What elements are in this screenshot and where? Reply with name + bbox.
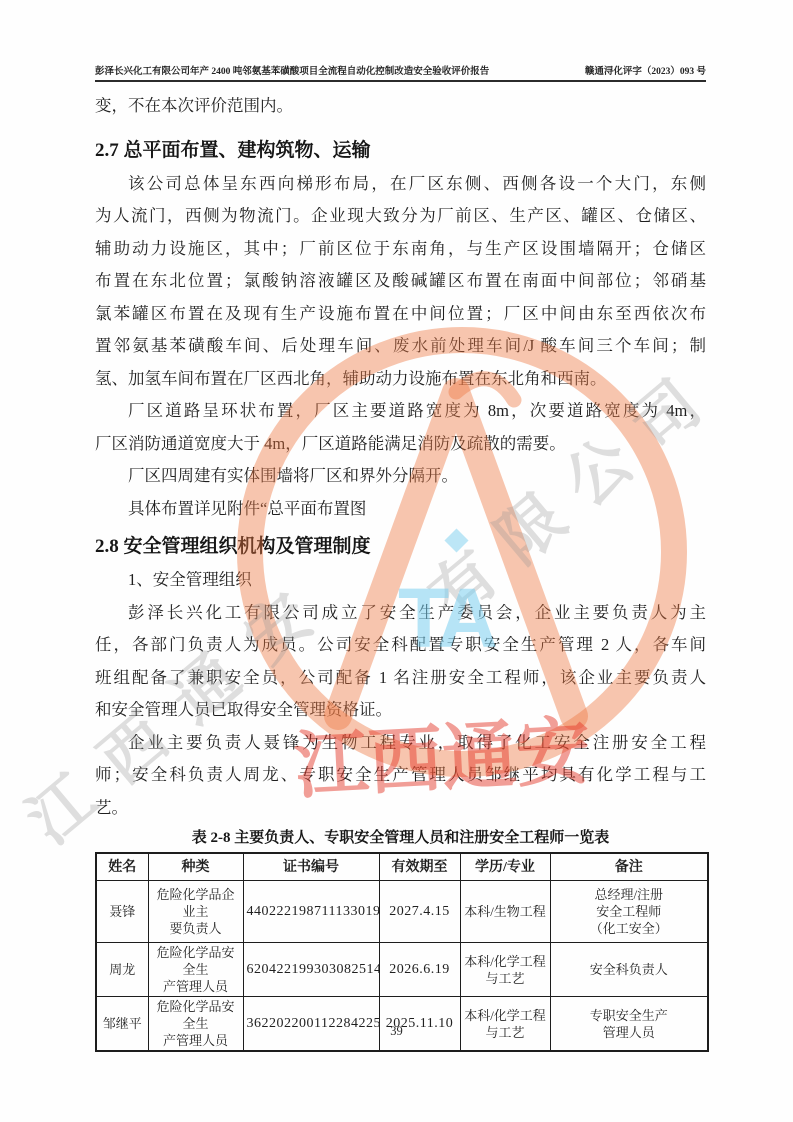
table-caption: 表 2-8 主要负责人、专职安全管理人员和注册安全工程师一览表 — [95, 826, 706, 850]
body-line: 辅助动力设施区，其中；厂前区位于东南角，与生产区设围墙隔开；仓储区 — [95, 233, 706, 266]
col-header-remark: 备注 — [550, 853, 708, 881]
cell-valid-until: 2026.6.19 — [379, 943, 460, 997]
header-document-number: 赣通浔化评字（2023）093 号 — [585, 63, 706, 77]
body-line: 师；安全科负责人周龙、专职安全生产管理人员邹继平均具有化学工程与工 — [95, 759, 706, 792]
body-line: 厂区消防通道宽度大于 4m，厂区道路能满足消防及疏散的需要。 — [95, 428, 706, 461]
cell-type: 危险化学品企业主 要负责人 — [148, 881, 243, 943]
cell-remark: 总经理/注册 安全工程师 （化工安全） — [550, 881, 708, 943]
col-header-type: 种类 — [148, 853, 243, 881]
page-number: 39 — [0, 1024, 793, 1039]
body-line: 班组配备了兼职安全员，公司配备 1 名注册安全工程师，该企业主要负责人 — [95, 662, 706, 695]
body-line: 变，不在本次评价范围内。 — [95, 90, 706, 123]
body-line: 厂区道路呈环状布置，厂区主要道路宽度为 8m，次要道路宽度为 4m， — [95, 395, 706, 428]
col-header-name: 姓名 — [96, 853, 148, 881]
document-page: 彭泽长兴化工有限公司年产 2400 吨邻氨基苯磺酸项目全流程自动化控制改造安全验… — [0, 0, 793, 1122]
section-heading-2-8: 2.8 安全管理组织机构及管理制度 — [95, 529, 706, 564]
body-line: 和安全管理人员已取得安全管理资格证。 — [95, 694, 706, 727]
body-line: 该公司总体呈东西向梯形布局，在厂区东侧、西侧各设一个大门，东侧 — [95, 168, 706, 201]
cell-education: 本科/化学工程 与工艺 — [460, 943, 550, 997]
page-header: 彭泽长兴化工有限公司年产 2400 吨邻氨基苯磺酸项目全流程自动化控制改造安全验… — [95, 63, 706, 82]
cell-type: 危险化学品安全生 产管理人员 — [148, 943, 243, 997]
body-line: 1、安全管理组织 — [95, 564, 706, 597]
cell-cert-no: 440222198711133019 — [243, 881, 379, 943]
cell-remark: 安全科负责人 — [550, 943, 708, 997]
body-line: 厂区四周建有实体围墙将厂区和界外分隔开。 — [95, 460, 706, 493]
table-header-row: 姓名 种类 证书编号 有效期至 学历/专业 备注 — [96, 853, 708, 881]
col-header-valid-until: 有效期至 — [379, 853, 460, 881]
section-heading-2-7: 2.7 总平面布置、建构筑物、运输 — [95, 133, 706, 168]
body-line: 氢、加氢车间布置在厂区西北角，辅助动力设施布置在东北角和西南。 — [95, 363, 706, 396]
cell-cert-no: 620422199303082514 — [243, 943, 379, 997]
body-line: 任，各部门负责人为成员。公司安全科配置专职安全生产管理 2 人，各车间 — [95, 629, 706, 662]
cell-name: 周龙 — [96, 943, 148, 997]
body-line: 企业主要负责人聂锋为生物工程专业，取得了化工安全注册安全工程 — [95, 727, 706, 760]
col-header-education: 学历/专业 — [460, 853, 550, 881]
personnel-table: 姓名 种类 证书编号 有效期至 学历/专业 备注 聂锋 危险化学品企业主 要负责… — [95, 852, 709, 1052]
body-line: 艺。 — [95, 792, 706, 825]
col-header-cert-no: 证书编号 — [243, 853, 379, 881]
cell-valid-until: 2027.4.15 — [379, 881, 460, 943]
body-line: 氯苯罐区布置在及现有生产设施布置在中间位置；厂区中间由东至西依次布 — [95, 298, 706, 331]
table-row: 聂锋 危险化学品企业主 要负责人 440222198711133019 2027… — [96, 881, 708, 943]
cell-education: 本科/生物工程 — [460, 881, 550, 943]
page-body: 变，不在本次评价范围内。 2.7 总平面布置、建构筑物、运输 该公司总体呈东西向… — [95, 90, 706, 1052]
body-line: 彭泽长兴化工有限公司成立了安全生产委员会，企业主要负责人为主 — [95, 597, 706, 630]
body-line: 布置在东北位置；氯酸钠溶液罐区及酸碱罐区布置在南面中间部位；邻硝基 — [95, 265, 706, 298]
header-report-title: 彭泽长兴化工有限公司年产 2400 吨邻氨基苯磺酸项目全流程自动化控制改造安全验… — [95, 63, 489, 77]
body-line: 为人流门，西侧为物流门。企业现大致分为厂前区、生产区、罐区、仓储区、 — [95, 200, 706, 233]
body-line: 具体布置详见附件“总平面布置图 — [95, 493, 706, 526]
cell-name: 聂锋 — [96, 881, 148, 943]
table-row: 周龙 危险化学品安全生 产管理人员 620422199303082514 202… — [96, 943, 708, 997]
body-line: 置邻氨基苯磺酸车间、后处理车间、废水前处理车间/J 酸车间三个车间；制 — [95, 330, 706, 363]
